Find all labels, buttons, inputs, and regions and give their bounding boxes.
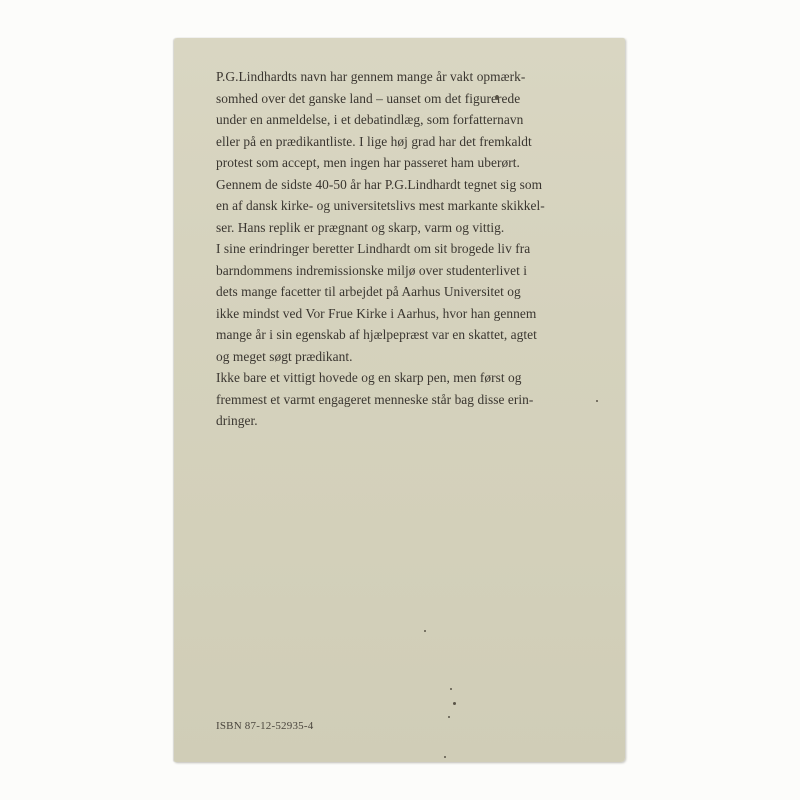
blurb-text: P.G.Lindhardts navn har gennem mange år … (216, 66, 621, 432)
blurb-line: Gennem de sidste 40-50 år har P.G.Lindha… (216, 174, 621, 196)
stain-mark (424, 630, 426, 632)
blurb-line: I sine erindringer beretter Lindhardt om… (216, 238, 621, 260)
blurb-line: P.G.Lindhardts navn har gennem mange år … (216, 66, 621, 88)
blurb-line: dets mange facetter til arbejdet på Aarh… (216, 281, 621, 303)
blurb-line: og meget søgt prædikant. (216, 346, 621, 368)
blurb-line: dringer. (216, 410, 621, 432)
blurb-line: mange år i sin egenskab af hjælpepræst v… (216, 324, 621, 346)
blurb-line: ikke mindst ved Vor Frue Kirke i Aarhus,… (216, 303, 621, 325)
book-back-cover: P.G.Lindhardts navn har gennem mange år … (174, 38, 625, 762)
stain-mark (596, 400, 598, 402)
stain-mark (448, 716, 450, 718)
blurb-line: Ikke bare et vittigt hovede og en skarp … (216, 367, 621, 389)
stain-mark (444, 756, 446, 758)
blurb-line: en af dansk kirke- og universitetslivs m… (216, 195, 621, 217)
isbn-label: ISBN 87-12-52935-4 (216, 720, 313, 732)
blurb-line: barndommens indremissionske miljø over s… (216, 260, 621, 282)
photo-scene: P.G.Lindhardts navn har gennem mange år … (0, 0, 800, 800)
blurb-line: fremmest et varmt engageret menneske stå… (216, 389, 621, 411)
stain-mark (495, 95, 499, 100)
stain-mark (453, 702, 456, 705)
blurb-line: ser. Hans replik er prægnant og skarp, v… (216, 217, 621, 239)
blurb-line: eller på en prædikantliste. I lige høj g… (216, 131, 621, 153)
blurb-line: protest som accept, men ingen har passer… (216, 152, 621, 174)
stain-mark (450, 688, 452, 690)
blurb-line: under en anmeldelse, i et debatindlæg, s… (216, 109, 621, 131)
blurb-line: somhed over det ganske land – uanset om … (216, 88, 621, 110)
